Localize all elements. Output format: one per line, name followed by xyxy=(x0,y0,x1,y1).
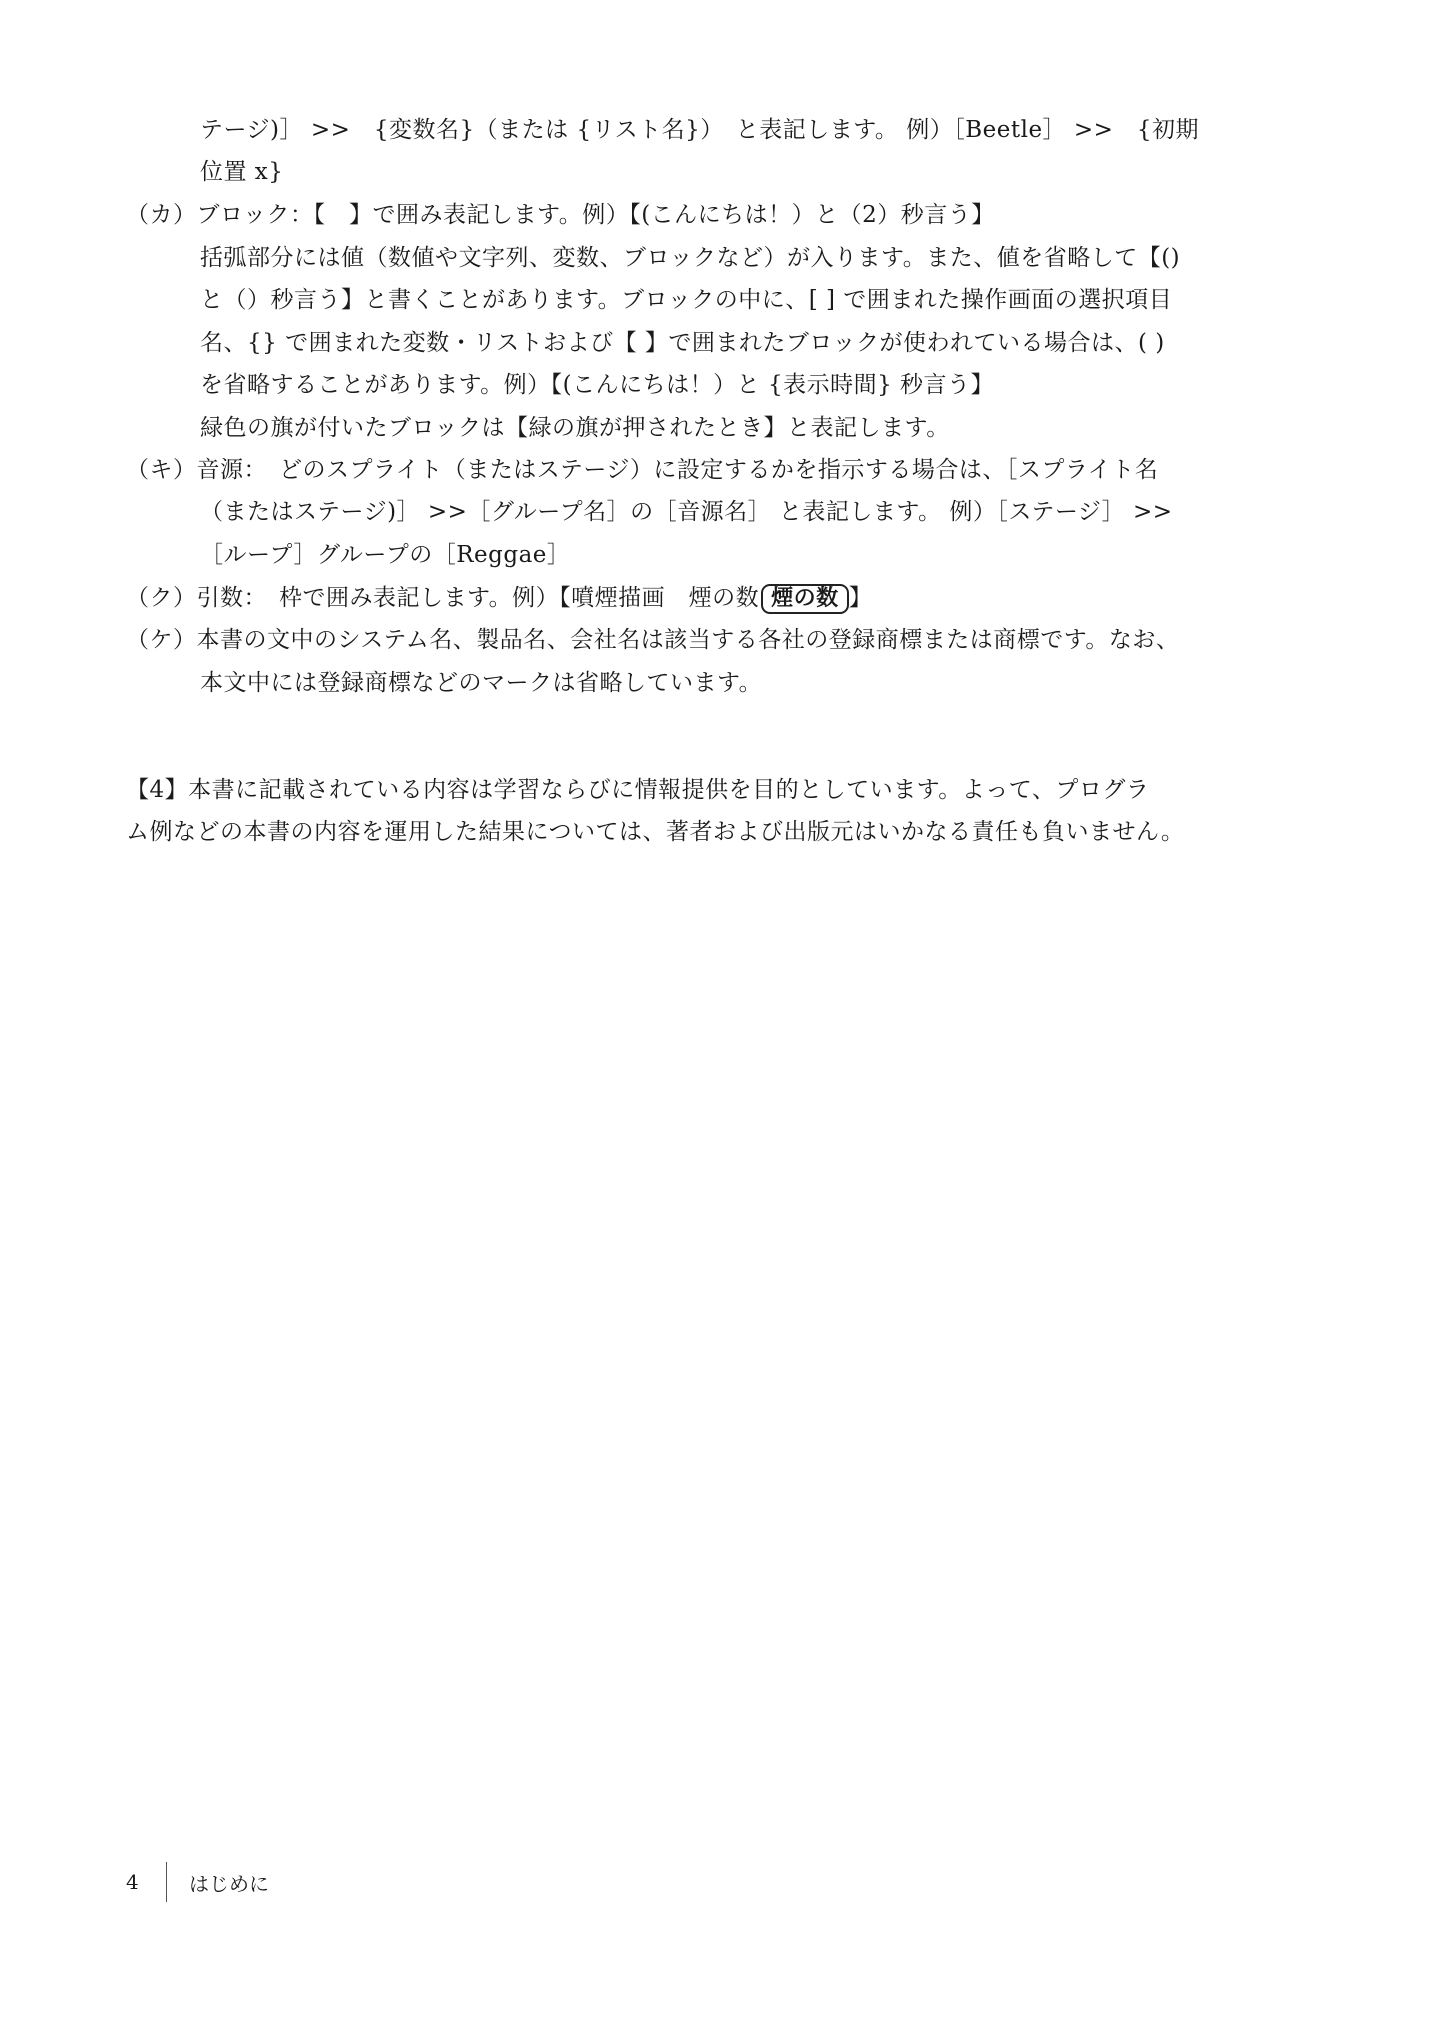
text-line: ［ループ］グループの［Reggae］ xyxy=(200,540,570,570)
text-line: テージ)］ >> {変数名}（または {リスト名}） と表記します。 例）［Be… xyxy=(200,115,1199,145)
section-4-line: 【4】本書に記載されている内容は学習ならびに情報提供を目的としています。よって、… xyxy=(126,775,1149,805)
text-line: 緑色の旗が付いたブロックは【緑の旗が押されたとき】と表記します。 xyxy=(200,413,950,443)
text-line: 括弧部分には値（数値や文字列、変数、ブロックなど）が入ります。また、値を省略して… xyxy=(200,243,1180,273)
argument-box: 煙の数 xyxy=(761,584,849,614)
text-line: を省略することがあります。例）【(こんにちは！）と {表示時間} 秒言う】 xyxy=(200,370,994,400)
argument-suffix: 】 xyxy=(849,585,873,611)
item-ku-argument: （ク）引数： 枠で囲み表記します。例）【噴煙描画 煙の数煙の数】 xyxy=(126,583,872,614)
argument-prefix: （ク）引数： 枠で囲み表記します。例）【噴煙描画 煙の数 xyxy=(126,585,759,611)
section-title: はじめに xyxy=(189,1868,269,1897)
item-ka-block: （カ）ブロック：【 】で囲み表記します。例）【(こんにちは！）と（2）秒言う】 xyxy=(126,200,995,230)
item-ki-sound: （キ）音源： どのスプライト（またはステージ）に設定するかを指示する場合は、［ス… xyxy=(126,455,1158,485)
text-line: 位置 x} xyxy=(200,157,283,187)
item-ke-trademark: （ケ）本書の文中のシステム名、製品名、会社名は該当する各社の登録商標または商標で… xyxy=(126,625,1179,655)
footer-divider xyxy=(166,1862,167,1902)
page-number: 4 xyxy=(126,1870,166,1894)
text-line: 名、{} で囲まれた変数・リストおよび【 】で囲まれたブロックが使われている場合… xyxy=(200,328,1165,358)
text-line: 本文中には登録商標などのマークは省略しています。 xyxy=(200,668,762,698)
text-line: と（）秒言う】と書くことがあります。ブロックの中に、[ ] で囲まれた操作画面の… xyxy=(200,285,1172,315)
text-line: （またはステージ)］ >>［グループ名］の［音源名］ と表記します。 例）［ステ… xyxy=(200,497,1173,527)
page-footer: 4 はじめに xyxy=(126,1862,269,1902)
section-4-line: ム例などの本書の内容を運用した結果については、著者および出版元はいかなる責任も負… xyxy=(126,817,1184,847)
